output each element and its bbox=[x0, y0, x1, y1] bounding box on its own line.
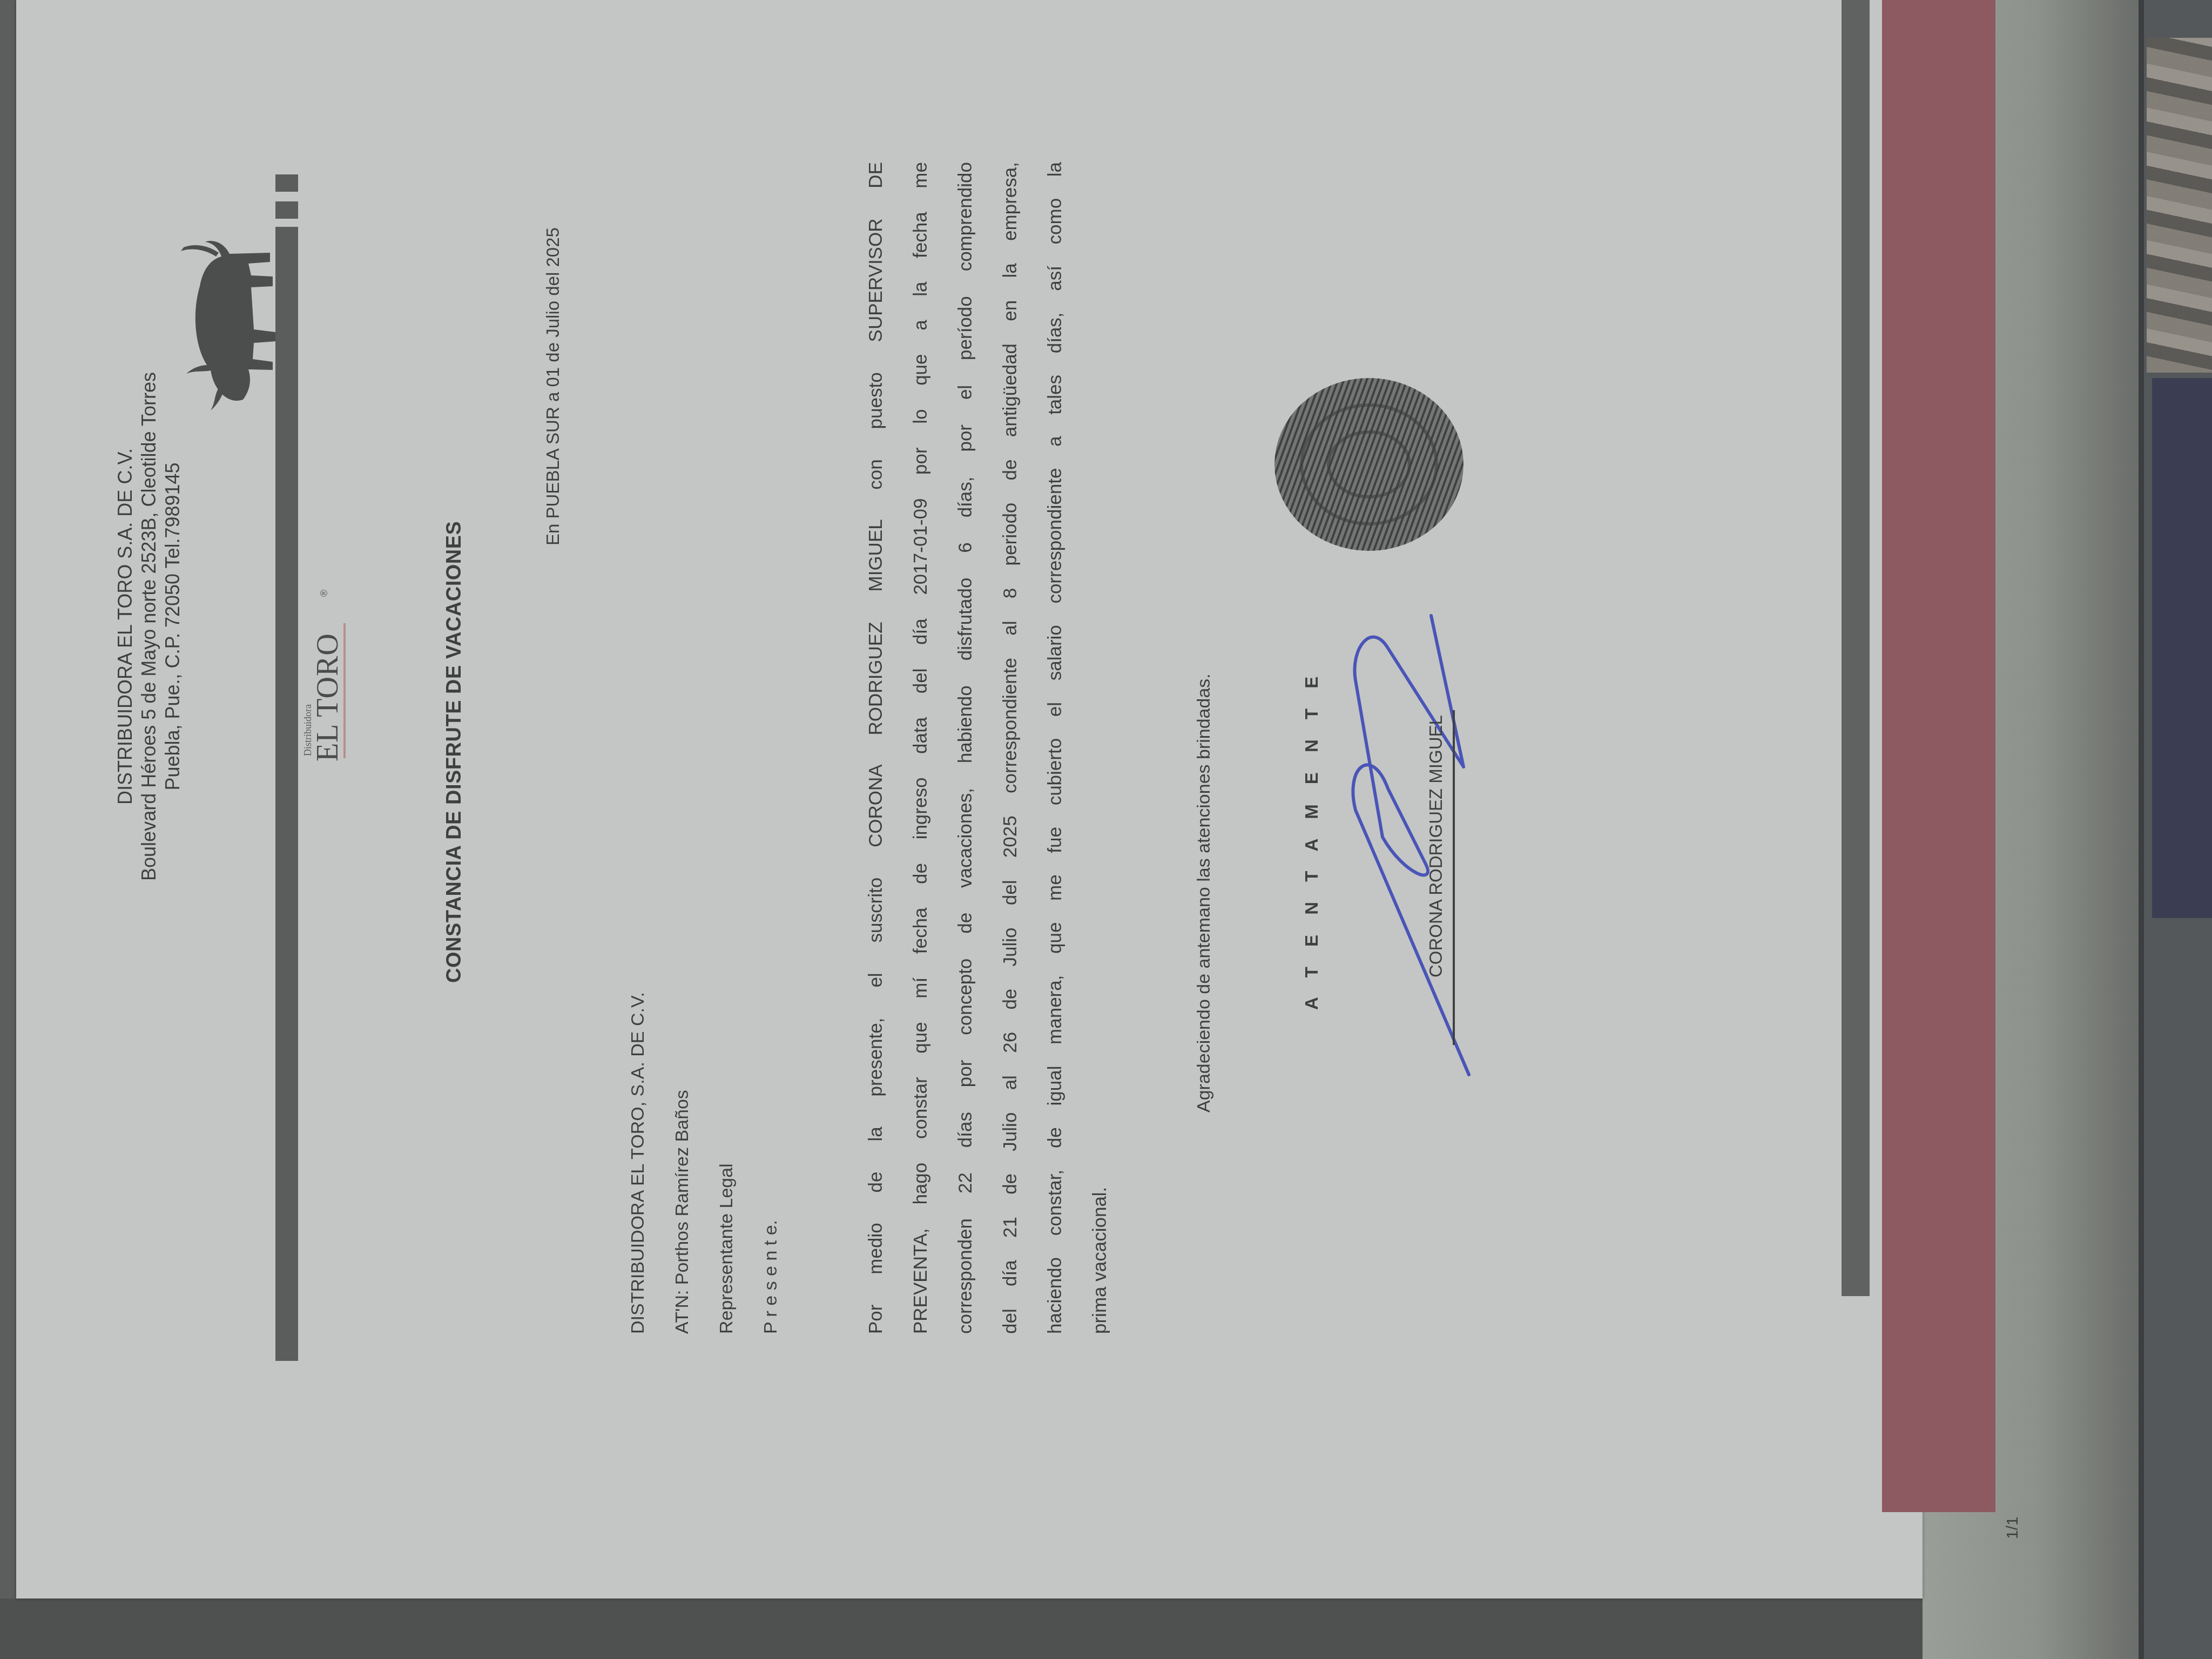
closing-salutation: A T E N T A M E N T E bbox=[1301, 669, 1322, 1010]
logo-tagline bbox=[343, 623, 346, 758]
recipient-attention: AT'N: Porthos Ramírez Baños bbox=[660, 992, 704, 1334]
footer-decorative-bar bbox=[1842, 0, 1870, 1296]
company-name: DISTRIBUIDORA EL TORO S.A. DE C.V. bbox=[113, 248, 137, 1004]
closing-thanks: Agradeciendo de antemano las atenciones … bbox=[1193, 673, 1215, 1112]
header-decorative-stripe bbox=[275, 201, 298, 219]
recipient-greeting: P r e s e n t e. bbox=[748, 992, 793, 1334]
recipient-company: DISTRIBUIDORA EL TORO, S.A. DE C.V. bbox=[616, 992, 660, 1334]
body-line: PREVENTA, hago constar que mí fecha de i… bbox=[898, 162, 943, 1334]
logo-brand: EL TORO bbox=[311, 633, 345, 761]
signer-name: CORONA RODRIGUEZ MIGUEL bbox=[1426, 715, 1446, 977]
signature-line bbox=[1453, 710, 1455, 1045]
body-line: haciendo constar, de igual manera, que m… bbox=[1033, 162, 1077, 1334]
recipient-block: DISTRIBUIDORA EL TORO, S.A. DE C.V. AT'N… bbox=[616, 992, 793, 1334]
logo-registered-mark: ® bbox=[319, 590, 330, 597]
page-number: 1/1 bbox=[2004, 1516, 2022, 1539]
fingerprint-icon bbox=[1269, 367, 1469, 562]
paper-photo: DISTRIBUIDORA EL TORO S.A. DE C.V. Boule… bbox=[16, 0, 1923, 1599]
background-object bbox=[2152, 378, 2212, 918]
body-line: Por medio de la presente, el suscrito CO… bbox=[853, 162, 898, 1334]
body-line: corresponden 22 días por concepto de vac… bbox=[943, 162, 988, 1334]
header-decorative-stripe bbox=[275, 174, 298, 192]
place-date: En PUEBLA SUR a 01 de Julio del 2025 bbox=[543, 227, 563, 545]
bull-icon bbox=[162, 238, 292, 421]
signature bbox=[1339, 605, 1491, 1091]
document-title: CONSTANCIA DE DISFRUTE DE VACACIONES bbox=[443, 521, 466, 983]
document-page: DISTRIBUIDORA EL TORO S.A. DE C.V. Boule… bbox=[16, 0, 1923, 1599]
company-address: Boulevard Héroes 5 de Mayo norte 2523B, … bbox=[137, 248, 161, 1004]
background-fabric bbox=[2147, 38, 2212, 373]
body-paragraph: Por medio de la presente, el suscrito CO… bbox=[853, 162, 1122, 1334]
background-table bbox=[0, 1599, 1923, 1659]
footer-accent-bar bbox=[1882, 0, 1995, 1512]
recipient-role: Representante Legal bbox=[704, 992, 748, 1334]
body-line: del día 21 de Julio al 26 de Julio del 2… bbox=[988, 162, 1033, 1334]
body-line: prima vacacional. bbox=[1077, 162, 1122, 1334]
